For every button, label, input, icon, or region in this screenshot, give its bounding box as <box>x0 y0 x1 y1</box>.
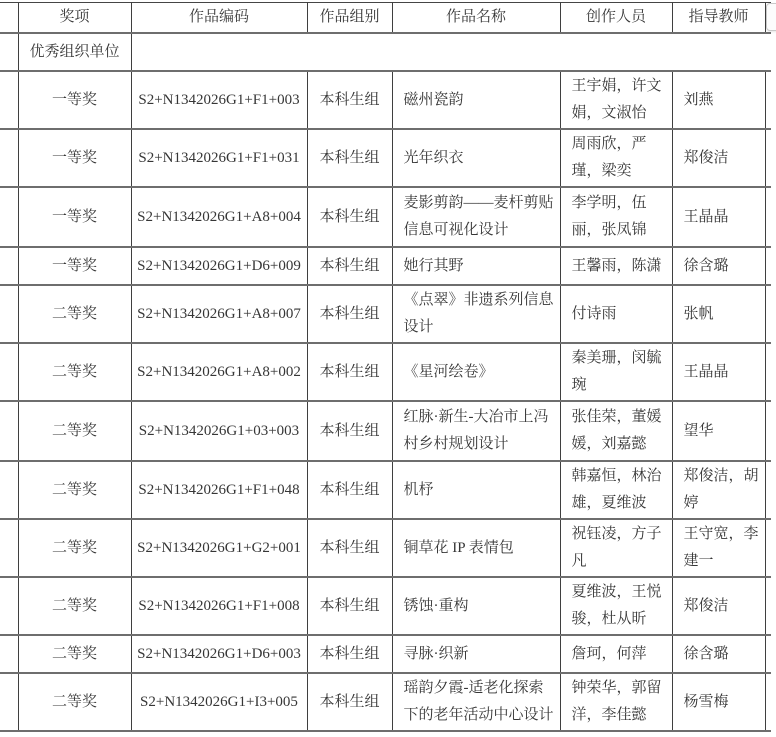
col-header-code: 作品编码 <box>131 3 307 34</box>
cropped-left-column <box>0 285 18 343</box>
cropped-left-column <box>0 3 18 34</box>
award-cell: 二等奖 <box>18 461 131 519</box>
title-cell: 《星河绘卷》 <box>392 343 560 401</box>
section-merged-cell <box>131 33 771 71</box>
advisor-cell: 王晶晶 <box>672 187 765 247</box>
table-row: 二等奖 S2+N1342026G1+I3+005 本科生组 瑶韵夕霞-适老化探索… <box>0 673 771 731</box>
table-row: 二等奖 S2+N1342026G1+F1+048 本科生组 机杼 韩嘉恒，林治雄… <box>0 461 771 519</box>
title-cell: 磁州瓷韵 <box>392 71 560 129</box>
award-cell: 一等奖 <box>18 71 131 129</box>
col-header-creators: 创作人员 <box>560 3 672 34</box>
advisor-cell: 王守宽，李建一 <box>672 519 765 577</box>
creators-cell: 詹珂，何萍 <box>560 635 672 673</box>
award-cell: 二等奖 <box>18 401 131 461</box>
advisor-cell: 张帆 <box>672 285 765 343</box>
table-row: 二等奖 S2+N1342026G1+G2+001 本科生组 铜草花 IP 表情包… <box>0 519 771 577</box>
group-cell: 本科生组 <box>307 401 392 461</box>
table-row: 一等奖 S2+N1342026G1+F1+031 本科生组 光年织衣 周雨欣，严… <box>0 129 771 187</box>
creators-cell: 夏维波，王悦骏，杜从昕 <box>560 577 672 635</box>
title-cell: 麦影剪韵——麦杆剪贴信息可视化设计 <box>392 187 560 247</box>
award-cell: 二等奖 <box>18 343 131 401</box>
awards-table: 奖项 作品编码 作品组别 作品名称 创作人员 指导教师 优秀组织单位 一等奖 S… <box>0 2 771 732</box>
award-cell: 二等奖 <box>18 519 131 577</box>
row-overhang <box>765 401 771 461</box>
title-cell: 锈蚀·重构 <box>392 577 560 635</box>
advisor-cell: 王晶晶 <box>672 343 765 401</box>
cropped-left-column <box>0 673 18 731</box>
row-overhang <box>765 247 771 285</box>
creators-cell: 秦美珊，闵毓琬 <box>560 343 672 401</box>
advisor-cell: 杨雪梅 <box>672 673 765 731</box>
advisor-cell: 郑俊洁，胡婷 <box>672 461 765 519</box>
table-row: 一等奖 S2+N1342026G1+D6+009 本科生组 她行其野 王馨雨，陈… <box>0 247 771 285</box>
creators-cell: 韩嘉恒，林治雄，夏维波 <box>560 461 672 519</box>
cropped-left-column <box>0 519 18 577</box>
advisor-cell: 望华 <box>672 401 765 461</box>
code-cell: S2+N1342026G1+I3+005 <box>131 673 307 731</box>
cropped-left-column <box>0 461 18 519</box>
group-cell: 本科生组 <box>307 247 392 285</box>
title-cell: 机杼 <box>392 461 560 519</box>
code-cell: S2+N1342026G1+03+003 <box>131 401 307 461</box>
award-cell: 一等奖 <box>18 187 131 247</box>
award-cell: 二等奖 <box>18 635 131 673</box>
row-overhang <box>765 673 771 731</box>
col-header-title: 作品名称 <box>392 3 560 34</box>
group-cell: 本科生组 <box>307 343 392 401</box>
title-cell: 《点翠》非遗系列信息设计 <box>392 285 560 343</box>
group-cell: 本科生组 <box>307 577 392 635</box>
header-row: 奖项 作品编码 作品组别 作品名称 创作人员 指导教师 <box>0 3 771 34</box>
group-cell: 本科生组 <box>307 129 392 187</box>
table-row: 二等奖 S2+N1342026G1+D6+003 本科生组 寻脉·织新 詹珂，何… <box>0 635 771 673</box>
group-cell: 本科生组 <box>307 187 392 247</box>
creators-cell: 付诗雨 <box>560 285 672 343</box>
advisor-cell: 郑俊洁 <box>672 577 765 635</box>
advisor-cell: 徐含璐 <box>672 635 765 673</box>
cropped-left-column <box>0 635 18 673</box>
award-cell: 二等奖 <box>18 577 131 635</box>
award-cell: 一等奖 <box>18 129 131 187</box>
col-header-advisor: 指导教师 <box>672 3 765 34</box>
cropped-left-column <box>0 33 18 71</box>
row-overhang <box>765 519 771 577</box>
title-cell: 铜草花 IP 表情包 <box>392 519 560 577</box>
row-overhang <box>765 461 771 519</box>
code-cell: S2+N1342026G1+G2+001 <box>131 519 307 577</box>
code-cell: S2+N1342026G1+A8+002 <box>131 343 307 401</box>
table-row: 一等奖 S2+N1342026G1+F1+003 本科生组 磁州瓷韵 王宇娟，许… <box>0 71 771 129</box>
col-header-group: 作品组别 <box>307 3 392 34</box>
table-row: 二等奖 S2+N1342026G1+03+003 本科生组 红脉·新生-大冶市上… <box>0 401 771 461</box>
group-cell: 本科生组 <box>307 71 392 129</box>
group-cell: 本科生组 <box>307 285 392 343</box>
row-overhang <box>765 187 771 247</box>
row-overhang <box>765 285 771 343</box>
cropped-side-widget[interactable] <box>766 3 776 31</box>
section-row: 优秀组织单位 <box>0 33 771 71</box>
title-cell: 寻脉·织新 <box>392 635 560 673</box>
title-cell: 光年织衣 <box>392 129 560 187</box>
section-label: 优秀组织单位 <box>18 33 131 71</box>
table-row: 二等奖 S2+N1342026G1+F1+008 本科生组 锈蚀·重构 夏维波，… <box>0 577 771 635</box>
cropped-left-column <box>0 71 18 129</box>
table-row: 一等奖 S2+N1342026G1+A8+004 本科生组 麦影剪韵——麦杆剪贴… <box>0 187 771 247</box>
row-overhang <box>765 343 771 401</box>
cropped-left-column <box>0 577 18 635</box>
award-cell: 二等奖 <box>18 285 131 343</box>
advisor-cell: 郑俊洁 <box>672 129 765 187</box>
creators-cell: 周雨欣，严瑾，梁奕 <box>560 129 672 187</box>
cropped-left-column <box>0 247 18 285</box>
creators-cell: 张佳荣，董媛媛，刘嘉懿 <box>560 401 672 461</box>
row-overhang <box>765 635 771 673</box>
group-cell: 本科生组 <box>307 461 392 519</box>
row-overhang <box>765 577 771 635</box>
code-cell: S2+N1342026G1+A8+007 <box>131 285 307 343</box>
code-cell: S2+N1342026G1+F1+048 <box>131 461 307 519</box>
title-cell: 瑶韵夕霞-适老化探索下的老年活动中心设计 <box>392 673 560 731</box>
creators-cell: 钟荣华，郭留洋，李佳懿 <box>560 673 672 731</box>
cropped-left-column <box>0 401 18 461</box>
cropped-left-column <box>0 343 18 401</box>
code-cell: S2+N1342026G1+D6+009 <box>131 247 307 285</box>
code-cell: S2+N1342026G1+F1+031 <box>131 129 307 187</box>
creators-cell: 李学明，伍丽，张凤锦 <box>560 187 672 247</box>
col-header-award: 奖项 <box>18 3 131 34</box>
creators-cell: 祝钰凌，方子凡 <box>560 519 672 577</box>
code-cell: S2+N1342026G1+A8+004 <box>131 187 307 247</box>
cropped-left-column <box>0 187 18 247</box>
group-cell: 本科生组 <box>307 635 392 673</box>
group-cell: 本科生组 <box>307 673 392 731</box>
code-cell: S2+N1342026G1+F1+003 <box>131 71 307 129</box>
group-cell: 本科生组 <box>307 519 392 577</box>
creators-cell: 王宇娟，许文娟，文淑怡 <box>560 71 672 129</box>
title-cell: 红脉·新生-大冶市上冯村乡村规划设计 <box>392 401 560 461</box>
cropped-left-column <box>0 129 18 187</box>
table-row: 二等奖 S2+N1342026G1+A8+007 本科生组 《点翠》非遗系列信息… <box>0 285 771 343</box>
award-cell: 一等奖 <box>18 247 131 285</box>
creators-cell: 王馨雨，陈潇 <box>560 247 672 285</box>
advisor-cell: 徐含璐 <box>672 247 765 285</box>
code-cell: S2+N1342026G1+F1+008 <box>131 577 307 635</box>
row-overhang <box>765 71 771 129</box>
title-cell: 她行其野 <box>392 247 560 285</box>
row-overhang <box>765 129 771 187</box>
table-row: 二等奖 S2+N1342026G1+A8+002 本科生组 《星河绘卷》 秦美珊… <box>0 343 771 401</box>
code-cell: S2+N1342026G1+D6+003 <box>131 635 307 673</box>
document-page: 奖项 作品编码 作品组别 作品名称 创作人员 指导教师 优秀组织单位 一等奖 S… <box>0 0 776 737</box>
award-cell: 二等奖 <box>18 673 131 731</box>
advisor-cell: 刘燕 <box>672 71 765 129</box>
